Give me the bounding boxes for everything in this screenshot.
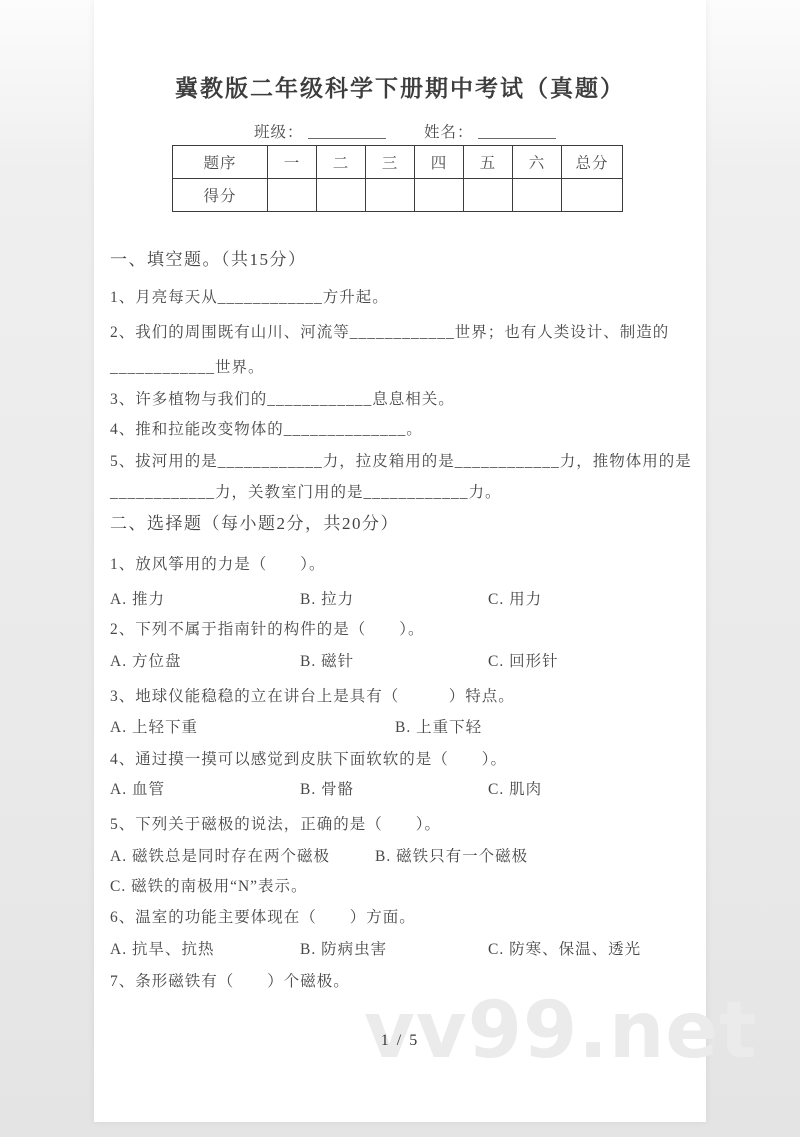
score-cell (415, 179, 464, 212)
fill-question-3: 3、许多植物与我们的____________息息相关。 (110, 388, 700, 412)
score-cell (268, 179, 317, 212)
header-cell-tixu: 题序 (173, 146, 268, 179)
name-field: 姓名： (424, 120, 556, 142)
option-a: A. 抗旱、抗热 (110, 938, 214, 962)
header-cell-5: 五 (464, 146, 513, 179)
fill-question-4: 4、推和拉能改变物体的______________。 (110, 418, 700, 442)
option-c: C. 防寒、保温、透光 (488, 938, 641, 962)
class-blank-line (308, 123, 386, 139)
class-field: 班级： (254, 120, 386, 142)
fill-question-5-line2: ____________力，关教室门用的是____________力。 (110, 481, 700, 505)
option-b: B. 磁铁只有一个磁极 (375, 845, 528, 869)
score-table: 题序 一 二 三 四 五 六 总分 得分 (172, 145, 623, 212)
score-row-label: 得分 (173, 179, 268, 212)
choice-question-2: 2、下列不属于指南针的构件的是（ ）。 (110, 618, 700, 642)
option-a: A. 血管 (110, 778, 165, 802)
header-cell-total: 总分 (562, 146, 623, 179)
option-c: C. 回形针 (488, 650, 559, 674)
option-b: B. 磁针 (300, 650, 354, 674)
choice-question-5: 5、下列关于磁极的说法，正确的是（ ）。 (110, 813, 700, 837)
score-cell (464, 179, 513, 212)
choice-question-1: 1、放风筝用的力是（ ）。 (110, 553, 700, 577)
option-a: A. 上轻下重 (110, 716, 198, 740)
score-cell (513, 179, 562, 212)
header-cell-3: 三 (366, 146, 415, 179)
fill-question-5-line1: 5、拔河用的是____________力，拉皮箱用的是____________力… (110, 450, 700, 474)
name-label: 姓名： (424, 124, 474, 141)
choice-question-6: 6、温室的功能主要体现在（ ）方面。 (110, 906, 700, 930)
score-cell (366, 179, 415, 212)
option-c: C. 肌肉 (488, 778, 542, 802)
fill-question-2-line1: 2、我们的周围既有山川、河流等____________世界；也有人类设计、制造的 (110, 321, 700, 345)
choice-question-7: 7、条形磁铁有（ ）个磁极。 (110, 970, 700, 994)
option-a: A. 方位盘 (110, 650, 181, 674)
score-cell-total (562, 179, 623, 212)
header-cell-4: 四 (415, 146, 464, 179)
option-a: A. 推力 (110, 588, 165, 612)
option-c: C. 用力 (488, 588, 542, 612)
exam-title: 冀教版二年级科学下册期中考试（真题） (94, 70, 706, 103)
page-number: 1 / 5 (94, 1032, 706, 1050)
choice-question-4: 4、通过摸一摸可以感觉到皮肤下面软软的是（ ）。 (110, 748, 700, 772)
option-b: B. 拉力 (300, 588, 354, 612)
header-cell-2: 二 (317, 146, 366, 179)
fill-question-1: 1、月亮每天从____________方升起。 (110, 286, 700, 310)
scanned-exam-document: vv99.net 冀教版二年级科学下册期中考试（真题） 班级： 姓名： 题序 一… (0, 0, 800, 1137)
class-label: 班级： (254, 124, 304, 141)
header-cell-6: 六 (513, 146, 562, 179)
score-table-header-row: 题序 一 二 三 四 五 六 总分 (173, 146, 623, 179)
score-cell (317, 179, 366, 212)
choice-question-3: 3、地球仪能稳稳的立在讲台上是具有（ ）特点。 (110, 685, 700, 709)
option-b: B. 上重下轻 (395, 716, 482, 740)
option-b: B. 防病虫害 (300, 938, 387, 962)
fill-question-2-line2: ____________世界。 (110, 356, 700, 380)
exam-page-content: 冀教版二年级科学下册期中考试（真题） 班级： 姓名： 题序 一 二 三 四 五 … (94, 0, 706, 1122)
option-b: B. 骨骼 (300, 778, 354, 802)
choice-section-heading: 二、选择题（每小题2分，共20分） (110, 512, 700, 536)
choice-question-5-option-c: C. 磁铁的南极用“N”表示。 (110, 875, 700, 899)
fill-section-heading: 一、填空题。（共15分） (110, 248, 700, 272)
score-table-score-row: 得分 (173, 179, 623, 212)
name-blank-line (478, 123, 556, 139)
option-a: A. 磁铁总是同时存在两个磁极 (110, 845, 330, 869)
header-cell-1: 一 (268, 146, 317, 179)
